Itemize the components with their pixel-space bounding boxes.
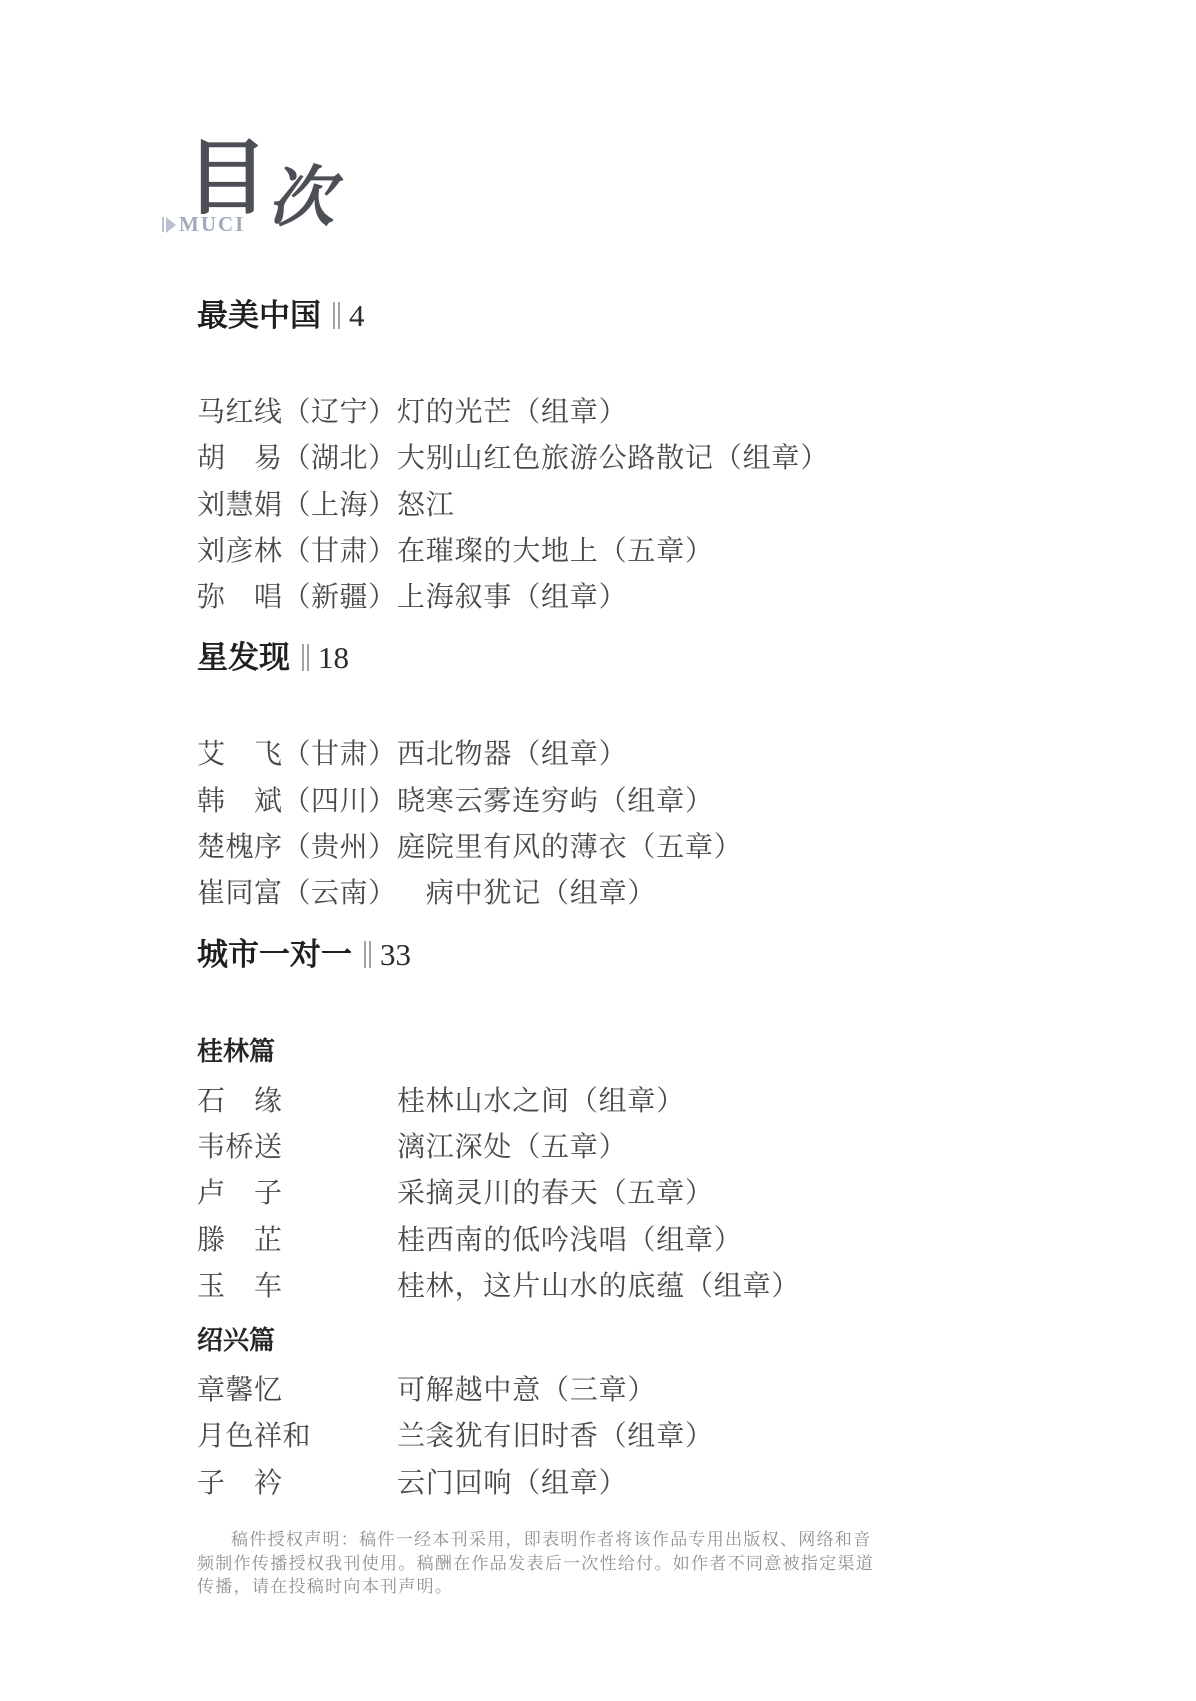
entry-title: 西北物器（组章） (397, 731, 977, 777)
entry-title: 采摘灵川的春天（五章） (397, 1170, 977, 1216)
entry-author: 子 衿 (197, 1460, 397, 1506)
entry-author: 胡 易（湖北） (197, 435, 397, 481)
masthead-subtitle: MUCI (162, 212, 245, 237)
entry-author: 艾 飞（甘肃） (197, 731, 397, 777)
group-label: 桂林篇 (197, 1028, 977, 1074)
play-triangle-icon (162, 217, 176, 233)
section-heading-label: 最美中国 (197, 292, 321, 339)
footer-line: 频制作传播授权我刊使用。稿酬在作品发表后一次性给付。如作者不同意被指定渠道 (197, 1552, 917, 1576)
entry-author: 卢 子 (197, 1170, 397, 1216)
toc-entry: 弥 唱（新疆）上海叙事（组章） (197, 574, 977, 620)
entry-title: 桂林山水之间（组章） (397, 1078, 977, 1124)
section-page-number: 33 (380, 931, 411, 978)
toc-section-1: 最美中国4马红线（辽宁）灯的光芒（组章）胡 易（湖北）大别山红色旅游公路散记（组… (197, 292, 977, 620)
toc-entry: 滕 芷桂西南的低吟浅唱（组章） (197, 1217, 977, 1263)
section-heading-label: 城市一对一 (197, 931, 352, 978)
section-page-number: 18 (318, 634, 349, 681)
entry-author: 楚槐序（贵州） (197, 824, 397, 870)
footer-line: 传播，请在投稿时向本刊声明。 (197, 1575, 917, 1599)
toc-entry: 马红线（辽宁）灯的光芒（组章） (197, 389, 977, 435)
entry-author: 石 缘 (197, 1078, 397, 1124)
entry-title: 云门回响（组章） (397, 1460, 977, 1506)
toc: 最美中国4马红线（辽宁）灯的光芒（组章）胡 易（湖北）大别山红色旅游公路散记（组… (197, 292, 977, 1520)
page-title-char-2: 次 (268, 166, 334, 232)
toc-entry: 玉 车桂林，这片山水的底蕴（组章） (197, 1263, 977, 1309)
entry-title: 大别山红色旅游公路散记（组章） (397, 435, 977, 481)
entry-title: 桂林，这片山水的底蕴（组章） (397, 1263, 977, 1309)
section-page-number: 4 (349, 292, 365, 339)
entry-author: 韦桥送 (197, 1124, 397, 1170)
toc-entry: 卢 子采摘灵川的春天（五章） (197, 1170, 977, 1216)
toc-entry: 崔同富（云南） 病中犹记（组章） (197, 870, 977, 916)
double-bar-separator-icon (333, 302, 340, 329)
toc-entry: 胡 易（湖北）大别山红色旅游公路散记（组章） (197, 435, 977, 481)
entry-title: 庭院里有风的薄衣（五章） (397, 824, 977, 870)
toc-section-2: 星发现18艾 飞（甘肃）西北物器（组章）韩 斌（四川）晓寒云雾连穷屿（组章）楚槐… (197, 634, 977, 916)
entry-title: 可解越中意（三章） (397, 1367, 977, 1413)
section-heading-label: 星发现 (197, 634, 290, 681)
toc-entry: 艾 飞（甘肃）西北物器（组章） (197, 731, 977, 777)
toc-entry: 刘彦林（甘肃）在璀璨的大地上（五章） (197, 528, 977, 574)
toc-page: 目次 MUCI 最美中国4马红线（辽宁）灯的光芒（组章）胡 易（湖北）大别山红色… (0, 0, 1196, 1701)
entry-title: 在璀璨的大地上（五章） (397, 528, 977, 574)
entry-title: 病中犹记（组章） (397, 870, 977, 916)
masthead: 目次 MUCI (186, 138, 334, 220)
toc-entry: 石 缘桂林山水之间（组章） (197, 1078, 977, 1124)
section-heading: 星发现18 (197, 634, 977, 681)
entry-title: 怒江 (397, 482, 977, 528)
toc-entry: 子 衿云门回响（组章） (197, 1460, 977, 1506)
double-bar-separator-icon (302, 644, 309, 671)
toc-section-3: 城市一对一33桂林篇石 缘桂林山水之间（组章）韦桥送漓江深处（五章）卢 子采摘灵… (197, 931, 977, 1506)
entry-author: 崔同富（云南） (197, 870, 397, 916)
entry-author: 章馨忆 (197, 1367, 397, 1413)
toc-entry: 韩 斌（四川）晓寒云雾连穷屿（组章） (197, 778, 977, 824)
entry-title: 漓江深处（五章） (397, 1124, 977, 1170)
entry-author: 弥 唱（新疆） (197, 574, 397, 620)
entry-title: 兰衾犹有旧时香（组章） (397, 1413, 977, 1459)
entry-author: 滕 芷 (197, 1217, 397, 1263)
section-heading: 最美中国4 (197, 292, 977, 339)
entry-title: 灯的光芒（组章） (397, 389, 977, 435)
toc-entry: 韦桥送漓江深处（五章） (197, 1124, 977, 1170)
entry-author: 韩 斌（四川） (197, 778, 397, 824)
footer-line: 稿件授权声明：稿件一经本刊采用，即表明作者将该作品专用出版权、网络和音 (197, 1528, 917, 1552)
entry-author: 刘慧娟（上海） (197, 482, 397, 528)
toc-entry: 章馨忆可解越中意（三章） (197, 1367, 977, 1413)
entry-author: 月色祥和 (197, 1413, 397, 1459)
submission-rights-notice: 稿件授权声明：稿件一经本刊采用，即表明作者将该作品专用出版权、网络和音 频制作传… (197, 1528, 917, 1599)
entry-author: 刘彦林（甘肃） (197, 528, 397, 574)
entry-title: 上海叙事（组章） (397, 574, 977, 620)
double-bar-separator-icon (364, 941, 371, 968)
group-label: 绍兴篇 (197, 1317, 977, 1363)
section-heading: 城市一对一33 (197, 931, 977, 978)
entry-author: 马红线（辽宁） (197, 389, 397, 435)
masthead-subtitle-label: MUCI (179, 212, 245, 237)
toc-entry: 刘慧娟（上海）怒江 (197, 482, 977, 528)
entry-title: 桂西南的低吟浅唱（组章） (397, 1217, 977, 1263)
entry-title: 晓寒云雾连穷屿（组章） (397, 778, 977, 824)
entry-author: 玉 车 (197, 1263, 397, 1309)
toc-entry: 楚槐序（贵州）庭院里有风的薄衣（五章） (197, 824, 977, 870)
page-title-char-1: 目 (186, 138, 268, 220)
toc-entry: 月色祥和兰衾犹有旧时香（组章） (197, 1413, 977, 1459)
